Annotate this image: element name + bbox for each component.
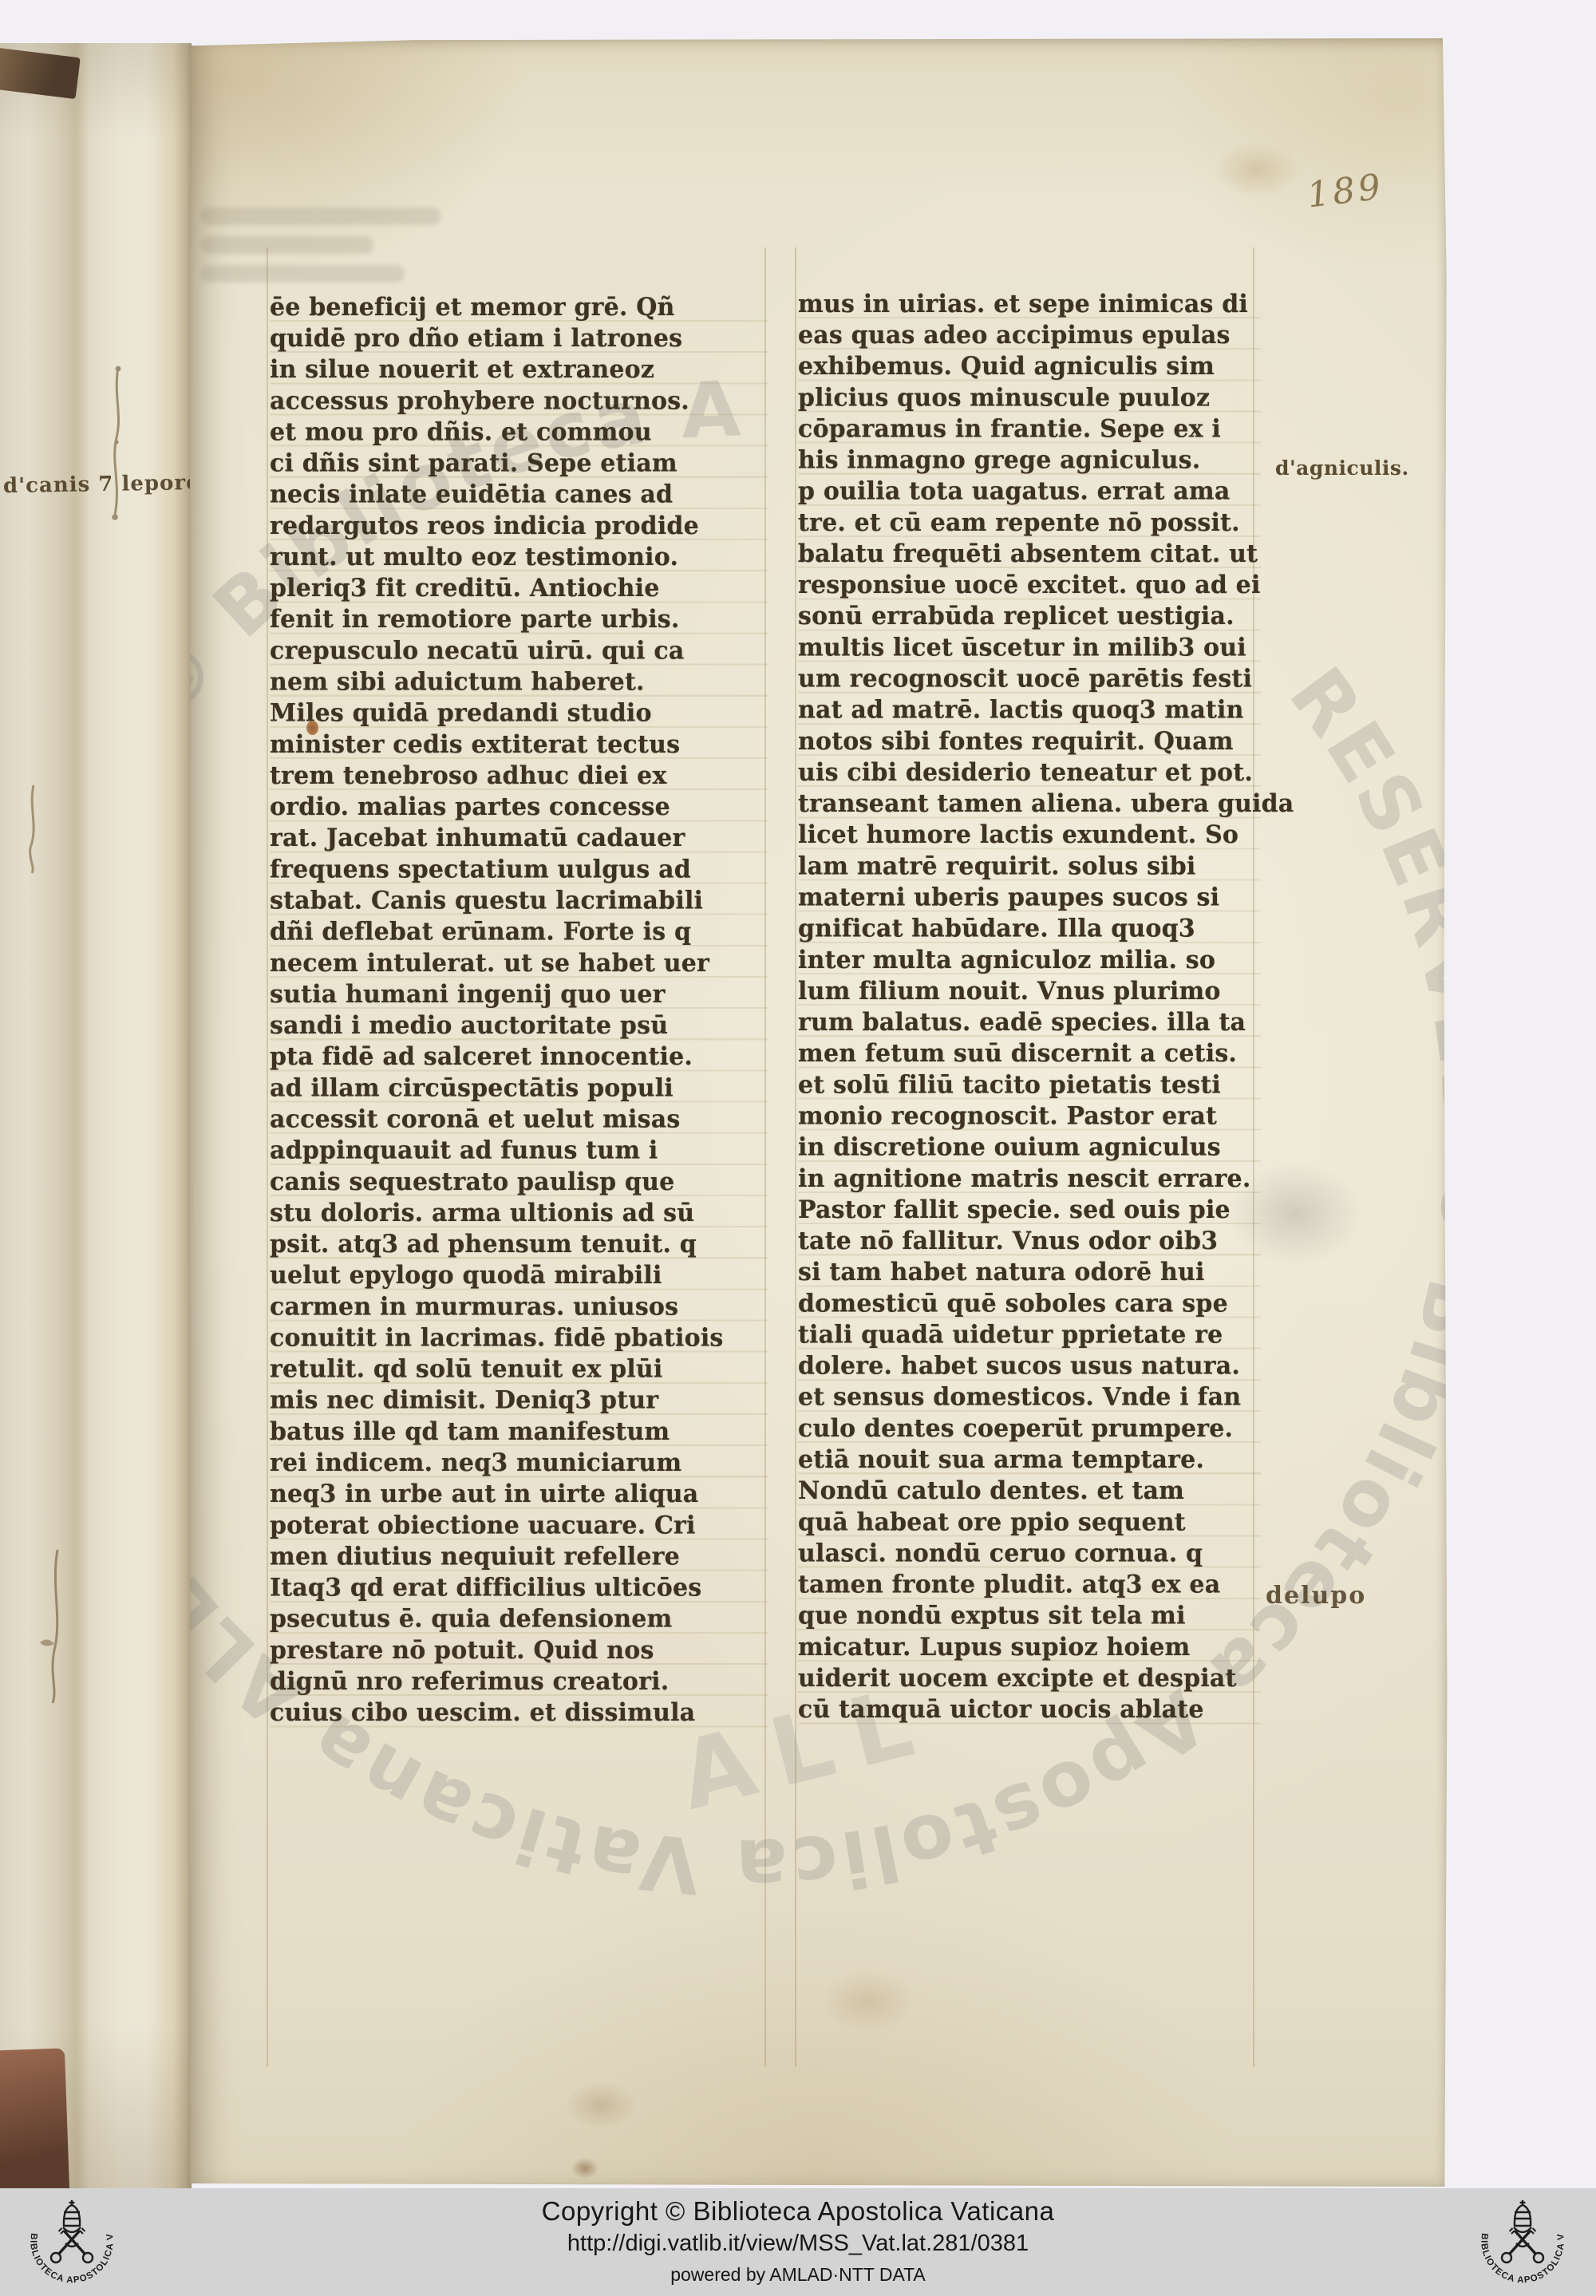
- manuscript-text-line: ulasci. nondū ceruo cornua. q: [798, 1539, 1261, 1570]
- manuscript-text-line: micatur. Lupus supioz hoiem: [798, 1632, 1261, 1663]
- manuscript-text-line: quidē pro dño etiam i latrones: [270, 323, 768, 354]
- manuscript-text-line: exhibemus. Quid agniculis sim: [798, 351, 1261, 382]
- manuscript-text-line: rum balatus. eadē species. illa ta: [798, 1007, 1261, 1038]
- manuscript-text-line: minister cedis extiterat tectus: [270, 729, 768, 761]
- manuscript-text-line: et solū filiū tacito pietatis testi: [798, 1070, 1261, 1101]
- manuscript-text-line: mis nec dimisit. Deniq3 ptur: [270, 1385, 768, 1417]
- manuscript-page: RESERVED © Biblioteca Apostolica Vatican…: [190, 38, 1448, 2187]
- manuscript-text-line: sutia humani ingenij quo uer: [270, 979, 768, 1010]
- manuscript-text-line: sandi i medio auctoritate psū: [270, 1010, 768, 1041]
- manuscript-text-line: uiderit uocem excipte et despiat: [798, 1663, 1261, 1694]
- manuscript-text-line: notos sibi fontes requirit. Quam: [798, 726, 1261, 757]
- manuscript-text-line: et sensus domesticos. Vnde i fan: [798, 1382, 1261, 1413]
- manuscript-text-line: accessus prohybere nocturnos.: [270, 385, 768, 417]
- text-column-right: mus in uirias. et sepe inimicas dieas qu…: [798, 289, 1261, 1725]
- manuscript-text-line: que nondū exptus sit tela mi: [798, 1601, 1261, 1632]
- manuscript-text-line: rei indicem. neq3 municiarum: [270, 1448, 768, 1479]
- manuscript-text-line: tre. et cū eam repente nō possit.: [798, 508, 1261, 539]
- manuscript-text-line: stu doloris. arma ultionis ad sū: [270, 1198, 768, 1229]
- manuscript-text-line: in agnitione matris nescit errare.: [798, 1164, 1261, 1195]
- manuscript-text-line: Pastor fallit specie. sed ouis pie: [798, 1195, 1261, 1226]
- manuscript-text-line: in discretione ouium agniculus: [798, 1132, 1261, 1164]
- manuscript-text-line: p ouilia tota uagatus. errat ama: [798, 476, 1261, 508]
- manuscript-text-line: psit. atq3 ad phensum tenuit. q: [270, 1229, 768, 1260]
- manuscript-text-line: cōparamus in frantie. Sepe ex i: [798, 414, 1261, 445]
- facing-page-edges: [0, 43, 192, 2188]
- manuscript-text-line: in silue nouerit et extraneoz: [270, 354, 768, 385]
- manuscript-text-line: Nondū catulo dentes. et tam: [798, 1476, 1261, 1507]
- manuscript-text-line: domesticū quē soboles cara spe: [798, 1288, 1261, 1319]
- manuscript-text-line: etiā nouit sua arma temptare.: [798, 1444, 1261, 1476]
- manuscript-text-line: men diutius nequiuit refellere: [270, 1542, 768, 1573]
- manuscript-text-line: cuius cibo uescim. et dissimula: [270, 1697, 768, 1729]
- manuscript-text-line: runt. ut multo eoz testimonio.: [270, 542, 768, 573]
- manuscript-text-line: canis sequestrato paulisp que: [270, 1167, 768, 1198]
- facing-page-marginal-title: d'canis 7 lepore.: [3, 471, 208, 498]
- sewing-thread-mark: [105, 366, 132, 525]
- manuscript-text-line: batus ille qd tam manifestum: [270, 1417, 768, 1448]
- manuscript-text-line: retulit. qd solū tenuit ex plūi: [270, 1354, 768, 1385]
- sewing-thread-mark: [34, 1547, 72, 1706]
- copyright-footer-bar: BIBLIOTECA APOSTOLICA VATICANA Copyright…: [0, 2188, 1596, 2296]
- marginal-note-agniculis: d'agniculis.: [1275, 456, 1409, 480]
- manuscript-text-line: crepusculo necatū uirū. qui ca: [270, 636, 768, 667]
- manuscript-text-line: si tam habet natura odorē hui: [798, 1257, 1261, 1288]
- manuscript-text-line: um recognoscit uocē parētis festi: [798, 664, 1261, 695]
- footer-url: http://digi.vatlib.it/view/MSS_Vat.lat.2…: [567, 2231, 1029, 2257]
- manuscript-text-line: redargutos reos indicia prodide: [270, 511, 768, 542]
- tiara-and-keys-icon: [51, 2200, 93, 2262]
- manuscript-text-line: tiali quadā uidetur pprietate re: [798, 1320, 1261, 1351]
- manuscript-text-line: tate nō fallitur. Vnus odor oib3: [798, 1226, 1261, 1257]
- vatican-library-logo-left: BIBLIOTECA APOSTOLICA VATICANA: [21, 2191, 123, 2293]
- manuscript-text-line: ordio. malias partes concesse: [270, 792, 768, 823]
- stain: [1213, 142, 1301, 198]
- manuscript-text-line: balatu frequēti absentem citat. ut: [798, 539, 1261, 570]
- manuscript-text-line: adppinquauit ad funus tum i: [270, 1136, 768, 1167]
- manuscript-text-line: frequens spectatium uulgus ad: [270, 855, 768, 886]
- footer-copyright: Copyright © Biblioteca Apostolica Vatica…: [542, 2196, 1055, 2227]
- manuscript-text-line: dñi deflebat erūnam. Forte is q: [270, 917, 768, 948]
- vatican-library-logo-right: BIBLIOTECA APOSTOLICA VATICANA: [1472, 2191, 1574, 2293]
- stain: [1227, 1162, 1363, 1266]
- manuscript-text-line: et mou pro dñis. et commou: [270, 417, 768, 449]
- manuscript-text-line: dignū nro referimus creatori.: [270, 1666, 768, 1697]
- manuscript-text-line: Miles quidā predandi studio: [270, 698, 768, 729]
- manuscript-text-line: uelut epylogo quodā mirabili: [270, 1260, 768, 1291]
- manuscript-text-line: sonū errabūda replicet uestigia.: [798, 601, 1261, 632]
- manuscript-text-line: poterat obiectione uacuare. Cri: [270, 1510, 768, 1541]
- manuscript-text-line: licet humore lactis exundent. So: [798, 820, 1261, 851]
- manuscript-text-line: pta fidē ad salceret innocentie.: [270, 1041, 768, 1073]
- manuscript-text-line: ēe beneficij et memor grē. Qñ: [270, 292, 768, 323]
- manuscript-text-line: quā habeat ore ppio sequent: [798, 1507, 1261, 1538]
- manuscript-text-line: prestare nō potuit. Quid nos: [270, 1635, 768, 1666]
- manuscript-text-line: necem intulerat. ut se habet uer: [270, 948, 768, 979]
- tiara-and-keys-icon: [1502, 2200, 1543, 2262]
- manuscript-text-line: fenit in remotiore parte urbis.: [270, 604, 768, 635]
- manuscript-text-line: ad illam circūspectātis populi: [270, 1073, 768, 1105]
- manuscript-text-line: stabat. Canis questu lacrimabili: [270, 886, 768, 917]
- sewing-thread-mark: [22, 784, 45, 875]
- manuscript-text-line: lam matrē requirit. solus sibi: [798, 852, 1261, 883]
- ruling-line: [795, 247, 796, 2067]
- manuscript-text-line: culo dentes coeperūt prumpere.: [798, 1413, 1261, 1444]
- manuscript-text-line: multis licet ūscetur in milib3 oui: [798, 633, 1261, 664]
- manuscript-text-line: cū tamquā uictor uocis ablate: [798, 1694, 1261, 1725]
- stain: [571, 2158, 598, 2179]
- manuscript-text-line: monio recognoscit. Pastor erat: [798, 1101, 1261, 1132]
- manuscript-text-line: psecutus ē. quia defensionem: [270, 1604, 768, 1635]
- text-column-left: ēe beneficij et memor grē. Qñquidē pro d…: [270, 292, 768, 1729]
- manuscript-text-line: tamen fronte pludit. atq3 ex ea: [798, 1570, 1261, 1601]
- manuscript-text-line: transeant tamen aliena. ubera guida: [798, 788, 1261, 820]
- manuscript-text-line: pleriq3 fit creditū. Antiochie: [270, 573, 768, 604]
- footer-powered-by: powered by AMLAD·NTT DATA: [670, 2264, 926, 2286]
- manuscript-text-line: nem sibi aduictum haberet.: [270, 667, 768, 698]
- marginal-note-delupo: delupo: [1266, 1582, 1366, 1610]
- manuscript-text-line: gnificat habūdare. Illa quoq3: [798, 914, 1261, 945]
- manuscript-text-line: conuitit in lacrimas. fidē pbatiois: [270, 1323, 768, 1354]
- manuscript-text-line: neq3 in urbe aut in uirte aliqua: [270, 1479, 768, 1510]
- manuscript-text-line: nat ad matrē. lactis quoq3 matin: [798, 695, 1261, 726]
- stain: [820, 1970, 916, 2033]
- manuscript-text-line: Itaq3 qd erat difficilius ulticōes: [270, 1573, 768, 1604]
- manuscript-text-line: men fetum suū discernit a cetis.: [798, 1038, 1261, 1069]
- manuscript-text-line: eas quas adeo accipimus epulas: [798, 320, 1261, 351]
- manuscript-text-line: his inmagno grege agniculus.: [798, 445, 1261, 476]
- manuscript-text-line: plicius quos minuscule puuloz: [798, 382, 1261, 413]
- manuscript-text-line: carmen in murmuras. uniusos: [270, 1291, 768, 1322]
- manuscript-text-line: uis cibi desiderio teneatur et pot.: [798, 757, 1261, 788]
- digitized-manuscript-viewer-page: { "page": { "folio_number": "189" }, "ma…: [0, 0, 1596, 2296]
- manuscript-text-line: inter multa agniculoz milia. so: [798, 945, 1261, 976]
- ruling-line: [267, 247, 268, 2067]
- binding-edge-bottom: [0, 2048, 69, 2192]
- stain: [565, 2081, 637, 2129]
- manuscript-text-line: materni uberis paupes sucos si: [798, 883, 1261, 914]
- manuscript-text-line: mus in uirias. et sepe inimicas di: [798, 289, 1261, 320]
- manuscript-text-line: ci dñis sint parati. Sepe etiam: [270, 449, 768, 480]
- manuscript-text-line: dolere. habet sucos usus natura.: [798, 1351, 1261, 1382]
- ink-spot: [306, 721, 318, 735]
- manuscript-text-line: responsiue uocē excitet. quo ad ei: [798, 570, 1261, 601]
- manuscript-text-line: rat. Jacebat inhumatū cadauer: [270, 823, 768, 854]
- manuscript-text-line: trem tenebroso adhuc diei ex: [270, 761, 768, 792]
- manuscript-text-line: necis inlate euidētia canes ad: [270, 480, 768, 511]
- manuscript-text-line: accessit coronā et uelut misas: [270, 1105, 768, 1136]
- manuscript-text-line: lum filium nouit. Vnus plurimo: [798, 976, 1261, 1007]
